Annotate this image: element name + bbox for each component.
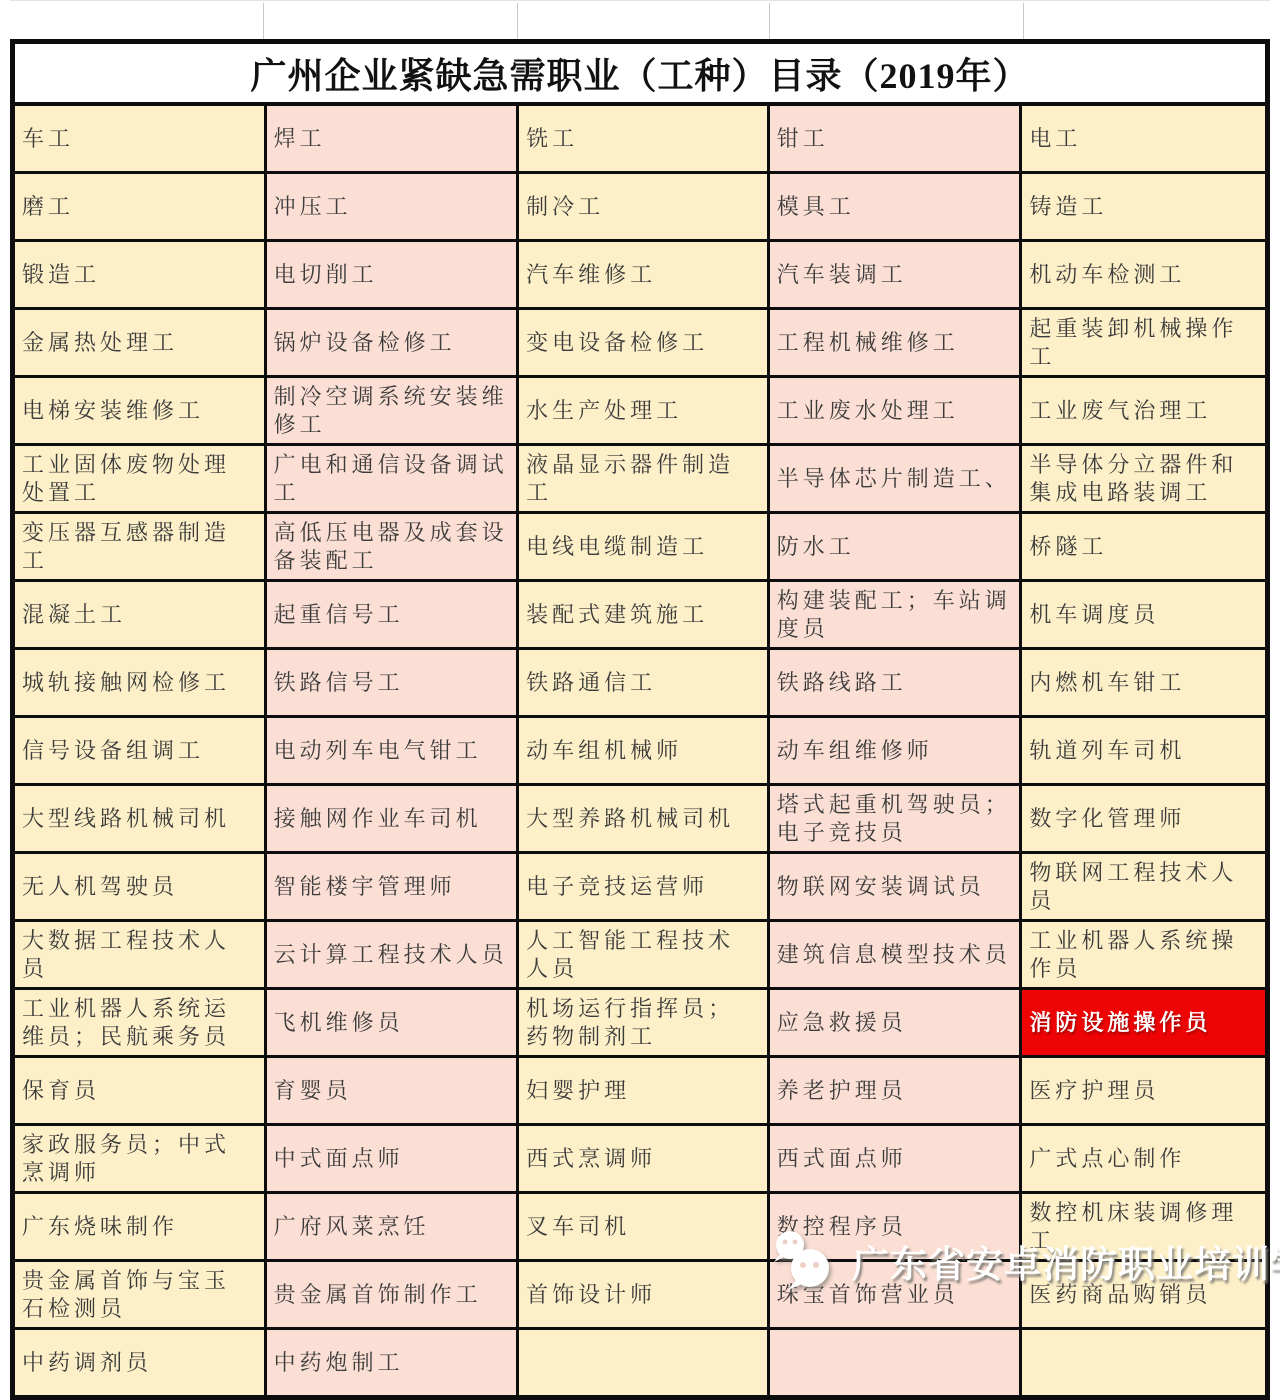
page: 广州企业紧缺急需职业（工种）目录（2019年） 车工焊工铣工钳工电工磨工冲压工制… [0, 0, 1280, 1400]
table-cell: 工业废气治理工 [1022, 378, 1265, 443]
table-cell: 数控程序员 [770, 1194, 1020, 1259]
table-cell [1022, 1330, 1265, 1395]
table-cell: 锅炉设备检修工 [267, 310, 517, 375]
table-cell: 构建装配工；车站调度员 [770, 582, 1020, 647]
table-cell: 铣工 [519, 106, 767, 171]
table-cell: 电子竞技运营师 [519, 854, 767, 919]
table-cell: 消防设施操作员 [1022, 990, 1265, 1055]
table-cell: 大数据工程技术人员 [15, 922, 264, 987]
table-cell: 中药炮制工 [267, 1330, 517, 1395]
table-cell: 中药调剂员 [15, 1330, 264, 1395]
table-cell: 铁路信号工 [267, 650, 517, 715]
table-cell: 广东烧味制作 [15, 1194, 264, 1259]
table-cell: 装配式建筑施工 [519, 582, 767, 647]
table-cell: 妇婴护理 [519, 1058, 767, 1123]
table-cell: 铸造工 [1022, 174, 1265, 239]
table-cell: 物联网工程技术人员 [1022, 854, 1265, 919]
table-cell: 变电设备检修工 [519, 310, 767, 375]
table-cell: 医疗护理员 [1022, 1058, 1265, 1123]
table-cell: 家政服务员；中式烹调师 [15, 1126, 264, 1191]
table-cell: 数控机床装调修理工 [1022, 1194, 1265, 1259]
table-cell: 液晶显示器件制造工 [519, 446, 767, 511]
table-cell: 无人机驾驶员 [15, 854, 264, 919]
table-cell: 工业机器人系统操作员 [1022, 922, 1265, 987]
table-cell: 半导体芯片制造工、 [770, 446, 1020, 511]
table-cell: 机动车检测工 [1022, 242, 1265, 307]
occupation-table: 广州企业紧缺急需职业（工种）目录（2019年） 车工焊工铣工钳工电工磨工冲压工制… [10, 39, 1270, 1400]
table-cell: 机车调度员 [1022, 582, 1265, 647]
table-title-row: 广州企业紧缺急需职业（工种）目录（2019年） [15, 44, 1265, 106]
table-cell: 焊工 [267, 106, 517, 171]
table-cell: 电梯安装维修工 [15, 378, 264, 443]
table-cell: 首饰设计师 [519, 1262, 767, 1327]
table-cell [770, 1330, 1020, 1395]
table-cell: 信号设备组调工 [15, 718, 264, 783]
table-cell: 广电和通信设备调试工 [267, 446, 517, 511]
table-cell: 动车组维修师 [770, 718, 1020, 783]
table-cell: 工业废水处理工 [770, 378, 1020, 443]
table-cell: 防水工 [770, 514, 1020, 579]
table-cell: 贵金属首饰制作工 [267, 1262, 517, 1327]
table-cell: 数字化管理师 [1022, 786, 1265, 851]
table-cell: 制冷空调系统安装维修工 [267, 378, 517, 443]
table-cell: 中式面点师 [267, 1126, 517, 1191]
table-cell: 广式点心制作 [1022, 1126, 1265, 1191]
table-cell: 西式烹调师 [519, 1126, 767, 1191]
table-cell: 起重信号工 [267, 582, 517, 647]
table-cell: 磨工 [15, 174, 264, 239]
table-cell: 贵金属首饰与宝玉石检测员 [15, 1262, 264, 1327]
table-cell: 电切削工 [267, 242, 517, 307]
table-cell: 电动列车电气钳工 [267, 718, 517, 783]
page-title: 广州企业紧缺急需职业（工种）目录（2019年） [250, 48, 1029, 99]
table-cell: 电线电缆制造工 [519, 514, 767, 579]
table-cell: 人工智能工程技术人员 [519, 922, 767, 987]
table-cell: 机场运行指挥员；药物制剂工 [519, 990, 767, 1055]
table-cell: 珠宝首饰营业员 [770, 1262, 1020, 1327]
table-cell: 塔式起重机驾驶员；电子竞技员 [770, 786, 1020, 851]
table-cell: 内燃机车钳工 [1022, 650, 1265, 715]
table-cell: 广府风菜烹饪 [267, 1194, 517, 1259]
spreadsheet-top-strip [10, 0, 1270, 39]
table-cell: 模具工 [770, 174, 1020, 239]
table-cell: 起重装卸机械操作工 [1022, 310, 1265, 375]
grid-guide-line [1023, 3, 1024, 39]
table-cell: 大型线路机械司机 [15, 786, 264, 851]
table-cell: 铁路线路工 [770, 650, 1020, 715]
table-cell: 轨道列车司机 [1022, 718, 1265, 783]
table-cell [519, 1330, 767, 1395]
table-cell: 云计算工程技术人员 [267, 922, 517, 987]
table-cell: 汽车维修工 [519, 242, 767, 307]
table-cell: 应急救援员 [770, 990, 1020, 1055]
table-cell: 铁路通信工 [519, 650, 767, 715]
table-cell: 大型养路机械司机 [519, 786, 767, 851]
table-cell: 养老护理员 [770, 1058, 1020, 1123]
table-cell: 车工 [15, 106, 264, 171]
table-cell: 工业固体废物处理处置工 [15, 446, 264, 511]
table-cell: 育婴员 [267, 1058, 517, 1123]
table-cell: 电工 [1022, 106, 1265, 171]
table-cell: 制冷工 [519, 174, 767, 239]
table-cell: 混凝土工 [15, 582, 264, 647]
table-cell: 建筑信息模型技术员 [770, 922, 1020, 987]
table-cell: 接触网作业车司机 [267, 786, 517, 851]
table-cell: 金属热处理工 [15, 310, 264, 375]
table-cell: 动车组机械师 [519, 718, 767, 783]
table-cell: 变压器互感器制造工 [15, 514, 264, 579]
table-cell: 医药商品购销员 [1022, 1262, 1265, 1327]
table-cell: 半导体分立器件和集成电路装调工 [1022, 446, 1265, 511]
table-cell: 工程机械维修工 [770, 310, 1020, 375]
table-cell: 冲压工 [267, 174, 517, 239]
table-cell: 物联网安装调试员 [770, 854, 1020, 919]
grid-guide-line [769, 3, 770, 39]
grid-guide-line [263, 3, 264, 39]
table-cell: 叉车司机 [519, 1194, 767, 1259]
table-cell: 保育员 [15, 1058, 264, 1123]
table-cell: 城轨接触网检修工 [15, 650, 264, 715]
table-cell: 飞机维修员 [267, 990, 517, 1055]
occupation-grid: 车工焊工铣工钳工电工磨工冲压工制冷工模具工铸造工锻造工电切削工汽车维修工汽车装调… [15, 106, 1265, 1395]
grid-guide-line [517, 3, 518, 39]
table-cell: 西式面点师 [770, 1126, 1020, 1191]
table-cell: 桥隧工 [1022, 514, 1265, 579]
table-cell: 工业机器人系统运维员；民航乘务员 [15, 990, 264, 1055]
table-cell: 锻造工 [15, 242, 264, 307]
table-cell: 汽车装调工 [770, 242, 1020, 307]
table-cell: 智能楼宇管理师 [267, 854, 517, 919]
table-cell: 水生产处理工 [519, 378, 767, 443]
table-cell: 高低压电器及成套设备装配工 [267, 514, 517, 579]
table-cell: 钳工 [770, 106, 1020, 171]
